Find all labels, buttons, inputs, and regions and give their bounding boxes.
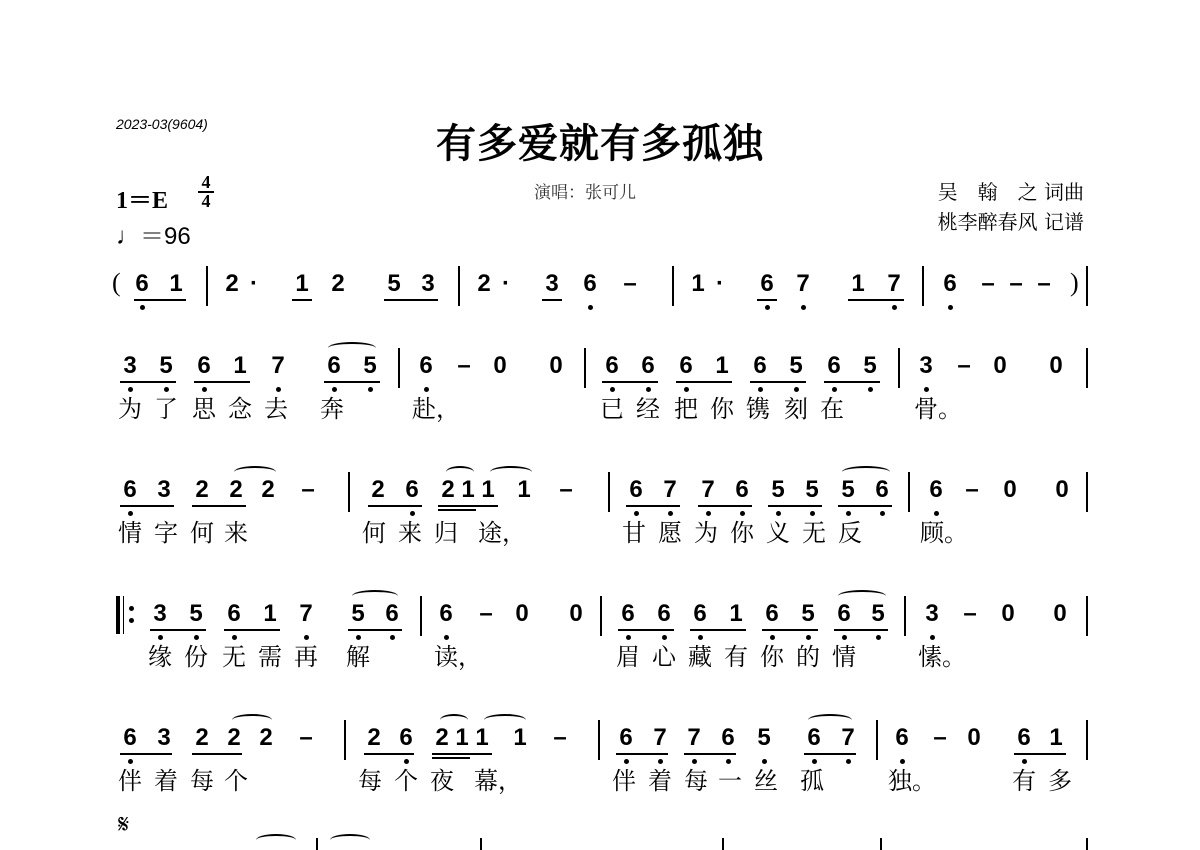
lyric-syllable: 个 — [394, 766, 418, 796]
low-octave-dot — [684, 387, 689, 392]
low-octave-dot — [158, 635, 163, 640]
barline — [420, 596, 422, 636]
beam-underline — [618, 629, 674, 631]
note: 2 — [192, 476, 212, 504]
lyricist-composer-credit: 吴 翰 之 词曲 — [938, 176, 1084, 205]
note: 5 — [838, 476, 858, 504]
repeat-start-thin — [123, 596, 124, 634]
note: 6 — [872, 476, 892, 504]
low-octave-dot — [765, 305, 770, 310]
barline — [316, 838, 318, 850]
note: 6 — [824, 352, 844, 380]
lyric-syllable: 甘 — [622, 518, 646, 548]
beam-underline — [364, 753, 414, 755]
lyric-syllable: 需 — [258, 642, 282, 672]
lyric-syllable: 字 — [154, 518, 178, 548]
note: 0 — [1052, 476, 1072, 504]
beam-underline — [834, 629, 888, 631]
beam-underline — [690, 629, 746, 631]
sustain-dash: – — [962, 476, 982, 504]
lyric-syllable: 有 — [724, 642, 748, 672]
low-octave-dot — [698, 635, 703, 640]
low-octave-dot — [706, 511, 711, 516]
note: 3 — [916, 352, 936, 380]
note: 3 — [120, 352, 140, 380]
beam-underline — [602, 381, 658, 383]
note: 6 — [940, 270, 960, 298]
low-octave-dot — [668, 511, 673, 516]
note: 6 — [602, 352, 622, 380]
sustain-dash: – — [620, 270, 640, 298]
barline — [398, 348, 400, 388]
beam-underline — [120, 753, 172, 755]
low-octave-dot — [140, 305, 145, 310]
lyric-syllable: 伴 — [612, 766, 636, 796]
barline — [600, 596, 602, 636]
slur-tie — [484, 714, 526, 726]
low-octave-dot — [128, 759, 133, 764]
note: 1 — [472, 724, 492, 752]
augmentation-dot: · — [496, 270, 516, 298]
lyric-syllable: 每 — [684, 766, 708, 796]
song-title: 有多爱就有多孤独 — [0, 112, 1200, 169]
note: 1 — [712, 352, 732, 380]
note: 6 — [396, 724, 416, 752]
note: 5 — [754, 724, 774, 752]
note: 6 — [676, 352, 696, 380]
lyric-syllable: 缘 — [148, 642, 172, 672]
note: 6 — [416, 352, 436, 380]
note: 6 — [757, 270, 777, 298]
parenthesis: ) — [1070, 268, 1079, 298]
note: 5 — [348, 600, 368, 628]
slur-tie — [352, 590, 398, 602]
time-signature-top: 4 — [198, 174, 214, 191]
lyric-syllable: 思 — [192, 394, 216, 424]
slur-tie — [328, 342, 376, 354]
note: 7 — [268, 352, 288, 380]
lyric-syllable: 愫。 — [918, 642, 966, 672]
low-octave-dot — [646, 387, 651, 392]
beam-underline — [432, 757, 470, 759]
barline — [1086, 596, 1088, 636]
lyric-syllable: 反 — [838, 518, 862, 548]
note: 6 — [626, 476, 646, 504]
beam-underline — [224, 629, 280, 631]
note: 6 — [926, 476, 946, 504]
beam-underline — [757, 299, 777, 301]
lyric-syllable: 幕， — [474, 766, 522, 796]
note: 7 — [698, 476, 718, 504]
lyric-syllable: 再 — [294, 642, 318, 672]
lyric-syllable: 了 — [154, 394, 178, 424]
note: 5 — [186, 600, 206, 628]
sustain-dash: – — [1034, 270, 1054, 298]
lyric-syllable: 何 — [362, 518, 386, 548]
key-signature: 1＝E — [116, 180, 168, 215]
note: 1 — [514, 476, 534, 504]
sustain-dash: – — [930, 724, 950, 752]
singer-credit: 演唱：张可儿 — [534, 178, 636, 203]
lyric-syllable: 为 — [118, 394, 142, 424]
lyric-syllable: 刻 — [784, 394, 808, 424]
beam-underline — [762, 629, 818, 631]
lyric-syllable: 的 — [796, 642, 820, 672]
note: 0 — [546, 352, 566, 380]
note: 6 — [690, 600, 710, 628]
low-octave-dot — [202, 387, 207, 392]
low-octave-dot — [948, 305, 953, 310]
low-octave-dot — [892, 305, 897, 310]
note: 6 — [224, 600, 244, 628]
slur-tie — [842, 466, 890, 478]
beam-underline — [194, 381, 250, 383]
low-octave-dot — [692, 759, 697, 764]
sustain-dash: – — [296, 724, 316, 752]
lyric-syllable: 镌 — [746, 394, 770, 424]
note: 2 — [474, 270, 494, 298]
barline — [1086, 348, 1088, 388]
transcriber-credit: 桃李醉春风 记谱 — [938, 206, 1084, 235]
lyric-syllable: 来 — [224, 518, 248, 548]
beam-underline — [684, 753, 736, 755]
low-octave-dot — [276, 387, 281, 392]
barline — [1086, 838, 1088, 850]
lyric-syllable: 在 — [820, 394, 844, 424]
augmentation-dot: · — [244, 270, 264, 298]
beam-underline — [438, 509, 476, 511]
note: 5 — [798, 600, 818, 628]
beam-underline — [626, 505, 680, 507]
lyric-syllable: 来 — [398, 518, 422, 548]
beam-underline — [824, 381, 880, 383]
low-octave-dot — [626, 635, 631, 640]
lyric-syllable: 顾。 — [920, 518, 968, 548]
note: 6 — [580, 270, 600, 298]
low-octave-dot — [924, 387, 929, 392]
low-octave-dot — [758, 387, 763, 392]
slur-tie — [490, 466, 532, 478]
low-octave-dot — [164, 387, 169, 392]
low-octave-dot — [900, 759, 905, 764]
note: 1 — [166, 270, 186, 298]
barline — [672, 266, 674, 306]
beam-underline — [324, 381, 380, 383]
low-octave-dot — [740, 511, 745, 516]
sustain-dash: – — [454, 352, 474, 380]
note: 7 — [884, 270, 904, 298]
note: 7 — [838, 724, 858, 752]
beam-underline — [848, 299, 904, 301]
low-octave-dot — [356, 635, 361, 640]
beam-underline — [676, 381, 732, 383]
note: 5 — [360, 352, 380, 380]
lyric-syllable: 无 — [802, 518, 826, 548]
note: 0 — [998, 600, 1018, 628]
lyric-syllable: 骨。 — [914, 394, 962, 424]
segno-icon: 𝄋 — [118, 810, 129, 841]
note: 0 — [1050, 600, 1070, 628]
beam-underline — [192, 753, 242, 755]
note: 0 — [964, 724, 984, 752]
note: 2 — [226, 476, 246, 504]
note: 6 — [382, 600, 402, 628]
lyric-syllable: 心 — [652, 642, 676, 672]
sustain-dash: – — [476, 600, 496, 628]
barline — [344, 720, 346, 760]
lyric-syllable: 一 — [718, 766, 742, 796]
note: 0 — [490, 352, 510, 380]
note: 1 — [688, 270, 708, 298]
parenthesis: ( — [112, 268, 121, 298]
sustain-dash: – — [550, 724, 570, 752]
note: 0 — [1000, 476, 1020, 504]
quarter-note-icon: ♩ — [116, 223, 140, 250]
note: 6 — [804, 724, 824, 752]
note: 2 — [256, 724, 276, 752]
beam-underline — [134, 299, 186, 301]
beam-underline — [432, 753, 492, 755]
low-octave-dot — [776, 511, 781, 516]
lyric-syllable: 着 — [154, 766, 178, 796]
note: 6 — [120, 476, 140, 504]
lyric-syllable: 无 — [222, 642, 246, 672]
lyric-syllable: 念 — [228, 394, 252, 424]
slur-tie — [808, 714, 852, 726]
beam-underline — [1014, 753, 1066, 755]
note: 3 — [542, 270, 562, 298]
note: 2 — [432, 724, 452, 752]
lyric-syllable: 你 — [710, 394, 734, 424]
note: 1 — [458, 476, 478, 504]
lyric-syllable: 奔 — [320, 394, 344, 424]
low-octave-dot — [610, 387, 615, 392]
note: 2 — [222, 270, 242, 298]
lyric-syllable: 有 — [1012, 766, 1036, 796]
note: 5 — [868, 600, 888, 628]
sustain-dash: – — [556, 476, 576, 504]
low-octave-dot — [876, 635, 881, 640]
note: 6 — [1014, 724, 1034, 752]
note: 3 — [418, 270, 438, 298]
slur-tie — [440, 714, 468, 726]
barline — [876, 720, 878, 760]
barline — [722, 838, 724, 850]
note: 6 — [718, 724, 738, 752]
slur-tie — [446, 466, 474, 478]
note: 6 — [892, 724, 912, 752]
low-octave-dot — [934, 511, 939, 516]
low-octave-dot — [410, 511, 415, 516]
note: 6 — [618, 600, 638, 628]
beam-underline — [750, 381, 806, 383]
note: 1 — [260, 600, 280, 628]
beam-underline — [438, 505, 498, 507]
low-octave-dot — [810, 511, 815, 516]
barline — [904, 596, 906, 636]
lyric-syllable: 着 — [648, 766, 672, 796]
low-octave-dot — [404, 759, 409, 764]
barline — [598, 720, 600, 760]
note: 7 — [650, 724, 670, 752]
slur-tie — [330, 834, 370, 846]
lyric-syllable: 藏 — [688, 642, 712, 672]
barline — [458, 266, 460, 306]
note: 6 — [120, 724, 140, 752]
low-octave-dot — [842, 635, 847, 640]
lyric-syllable: 解 — [346, 642, 370, 672]
lyric-syllable: 情 — [832, 642, 856, 672]
lyric-syllable: 赴， — [412, 394, 460, 424]
lyric-syllable: 把 — [674, 394, 698, 424]
note: 5 — [156, 352, 176, 380]
beam-underline — [120, 381, 176, 383]
repeat-dot — [129, 618, 134, 623]
lyric-syllable: 义 — [766, 518, 790, 548]
augmentation-dot: · — [710, 270, 730, 298]
low-octave-dot — [128, 511, 133, 516]
lyric-syllable: 已 — [600, 394, 624, 424]
lyric-syllable: 孤 — [800, 766, 824, 796]
lyric-syllable: 份 — [184, 642, 208, 672]
lyric-syllable: 独。 — [888, 766, 936, 796]
low-octave-dot — [801, 305, 806, 310]
slur-tie — [838, 590, 886, 602]
low-octave-dot — [846, 759, 851, 764]
low-octave-dot — [658, 759, 663, 764]
low-octave-dot — [832, 387, 837, 392]
note: 7 — [684, 724, 704, 752]
note: 7 — [296, 600, 316, 628]
low-octave-dot — [1022, 759, 1027, 764]
note: 6 — [654, 600, 674, 628]
barline — [584, 348, 586, 388]
note: 5 — [802, 476, 822, 504]
note: 3 — [150, 600, 170, 628]
time-signature-bottom: 4 — [198, 193, 214, 210]
beam-underline — [368, 505, 422, 507]
beam-underline — [698, 505, 752, 507]
sustain-dash: – — [954, 352, 974, 380]
note: 6 — [732, 476, 752, 504]
lyric-syllable: 读， — [434, 642, 482, 672]
low-octave-dot — [762, 759, 767, 764]
slur-tie — [234, 466, 276, 478]
note: 6 — [324, 352, 344, 380]
note: 1 — [726, 600, 746, 628]
note: 5 — [768, 476, 788, 504]
beam-underline — [150, 629, 206, 631]
beam-underline — [542, 299, 562, 301]
lyric-syllable: 每 — [358, 766, 382, 796]
note: 2 — [368, 476, 388, 504]
lyric-syllable: 为 — [694, 518, 718, 548]
time-signature: 4 4 — [198, 174, 214, 210]
barline — [1086, 720, 1088, 760]
lyric-syllable: 多 — [1048, 766, 1072, 796]
barline — [608, 472, 610, 512]
sustain-dash: – — [960, 600, 980, 628]
low-octave-dot — [770, 635, 775, 640]
note: 0 — [566, 600, 586, 628]
low-octave-dot — [444, 635, 449, 640]
note: 3 — [154, 724, 174, 752]
low-octave-dot — [794, 387, 799, 392]
sustain-dash: – — [978, 270, 998, 298]
low-octave-dot — [634, 511, 639, 516]
note: 2 — [328, 270, 348, 298]
lyric-syllable: 经 — [636, 394, 660, 424]
sustain-dash: – — [298, 476, 318, 504]
note: 1 — [510, 724, 530, 752]
note: 7 — [660, 476, 680, 504]
note: 6 — [638, 352, 658, 380]
note: 6 — [750, 352, 770, 380]
low-octave-dot — [812, 759, 817, 764]
lyric-syllable: 伴 — [118, 766, 142, 796]
low-octave-dot — [194, 635, 199, 640]
beam-underline — [348, 629, 402, 631]
note: 6 — [762, 600, 782, 628]
low-octave-dot — [726, 759, 731, 764]
low-octave-dot — [868, 387, 873, 392]
note: 6 — [132, 270, 152, 298]
note: 1 — [452, 724, 472, 752]
beam-underline — [804, 753, 856, 755]
lyric-syllable: 丝 — [754, 766, 778, 796]
note: 7 — [793, 270, 813, 298]
lyric-syllable: 夜 — [430, 766, 454, 796]
barline — [1086, 266, 1088, 306]
sustain-dash: – — [1006, 270, 1026, 298]
note: 1 — [1046, 724, 1066, 752]
lyric-syllable: 眉 — [616, 642, 640, 672]
note: 2 — [364, 724, 384, 752]
note: 6 — [834, 600, 854, 628]
note: 2 — [224, 724, 244, 752]
low-octave-dot — [368, 387, 373, 392]
barline — [908, 472, 910, 512]
beam-underline — [384, 299, 438, 301]
note: 6 — [402, 476, 422, 504]
lyric-syllable: 情 — [118, 518, 142, 548]
tempo-value: ＝96 — [140, 223, 191, 250]
lyric-syllable: 个 — [224, 766, 248, 796]
low-octave-dot — [332, 387, 337, 392]
slur-tie — [256, 834, 296, 846]
barline — [1086, 472, 1088, 512]
low-octave-dot — [424, 387, 429, 392]
lyric-syllable: 归 — [434, 518, 458, 548]
low-octave-dot — [846, 511, 851, 516]
note: 5 — [860, 352, 880, 380]
barline — [898, 348, 900, 388]
note: 6 — [436, 600, 456, 628]
low-octave-dot — [304, 635, 309, 640]
low-octave-dot — [880, 511, 885, 516]
low-octave-dot — [662, 635, 667, 640]
tempo-marking: ♩＝96 — [116, 216, 191, 251]
note: 2 — [192, 724, 212, 752]
beam-underline — [768, 505, 822, 507]
lyric-syllable: 去 — [264, 394, 288, 424]
beam-underline — [838, 505, 892, 507]
beam-underline — [292, 299, 312, 301]
note: 0 — [1046, 352, 1066, 380]
note: 0 — [512, 600, 532, 628]
note: 1 — [230, 352, 250, 380]
note: 6 — [616, 724, 636, 752]
